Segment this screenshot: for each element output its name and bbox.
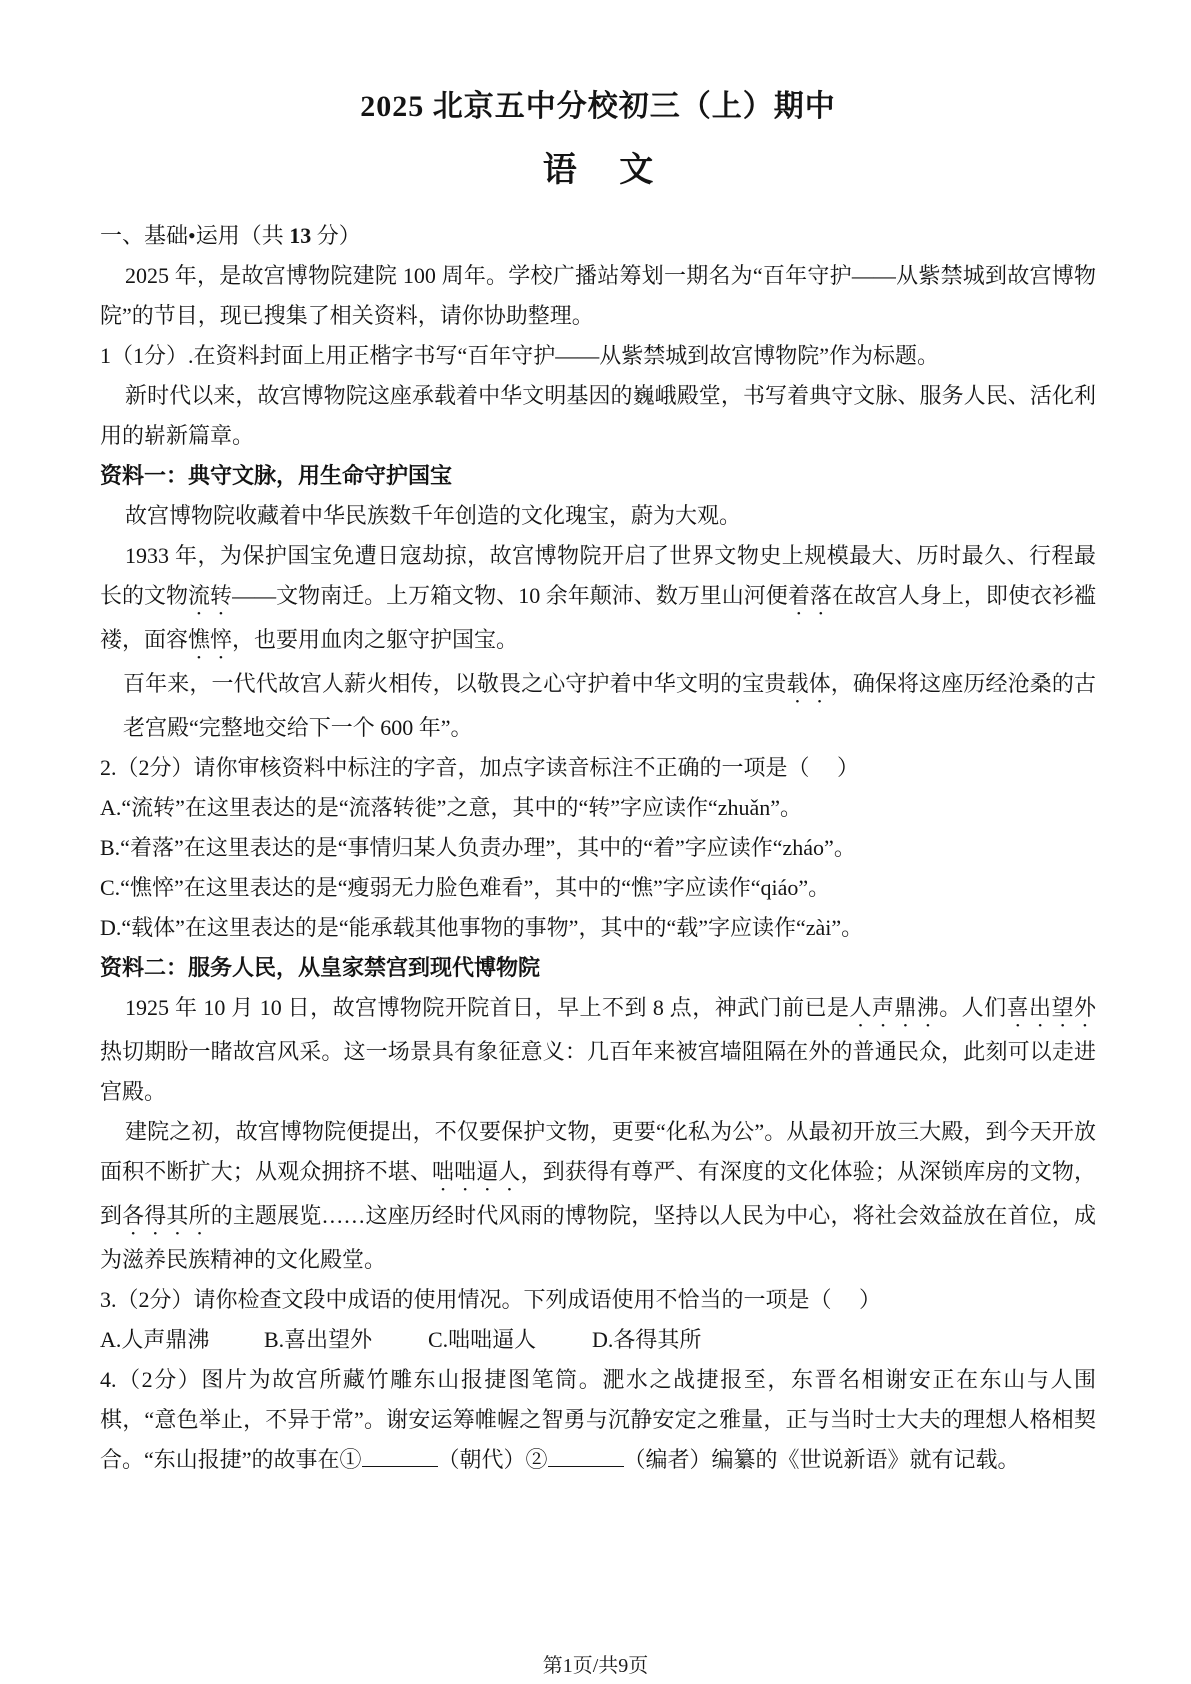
section-heading-prefix: 一、基础•运用（共 bbox=[100, 223, 289, 248]
material-1-para-2: 1933 年，为保护国宝免遭日寇劫掠，故宫博物院开启了世界文物史上规模最大、历时… bbox=[100, 536, 1096, 664]
text-run: （朝代）② bbox=[438, 1447, 548, 1472]
text-run: ，也要用血肉之躯守护国宝。 bbox=[232, 627, 518, 652]
page-title: 2025 北京五中分校初三（上）期中 bbox=[100, 84, 1096, 130]
emphasized-text: 流转 bbox=[188, 583, 232, 608]
exam-page: 2025 北京五中分校初三（上）期中 语 文 一、基础•运用（共 13 分） 2… bbox=[0, 0, 1191, 1684]
emphasized-text: 各得其所 bbox=[122, 1203, 211, 1228]
question-4: 4.（2分）图片为故宫所藏竹雕东山报捷图笔筒。淝水之战捷报至，东晋名相谢安正在东… bbox=[100, 1360, 1096, 1480]
text-run: （编者）编纂的《世说新语》就有记载。 bbox=[624, 1447, 1020, 1472]
page-content: 2025 北京五中分校初三（上）期中 语 文 一、基础•运用（共 13 分） 2… bbox=[100, 84, 1096, 1480]
question-2-option-c: C.“憔悴”在这里表达的是“瘦弱无力脸色难看”，其中的“憔”字应读作“qiáo”… bbox=[100, 868, 1096, 908]
text-run: 资料一：典守文脉，用生命守护国宝 bbox=[100, 463, 452, 488]
material-2-para-1: 1925 年 10 月 10 日，故宫博物院开院首日，早上不到 8 点，神武门前… bbox=[100, 988, 1096, 1112]
question-2-option-a: A.“流转”在这里表达的是“流落转徙”之意，其中的“转”字应读作“zhuǎn”。 bbox=[100, 788, 1096, 828]
section-heading: 一、基础•运用（共 13 分） bbox=[100, 216, 1096, 256]
emphasized-text: 咄咄逼人 bbox=[432, 1159, 521, 1184]
text-run: 2025 年，是故宫博物院建院 100 周年。学校广播站筹划一期名为“百年守护—… bbox=[100, 263, 1096, 328]
section-points: 13 bbox=[289, 223, 311, 248]
text-run: 新时代以来，故宫博物院这座承载着中华文明基因的巍峨殿堂，书写着典守文脉、服务人民… bbox=[100, 383, 1096, 448]
option-item: C.咄咄逼人 bbox=[428, 1320, 592, 1360]
material-1-header: 资料一：典守文脉，用生命守护国宝 bbox=[100, 456, 1096, 496]
question-3: 3.（2分）请你检查文段中成语的使用情况。下列成语使用不恰当的一项是（ ） bbox=[100, 1280, 1096, 1320]
question-3-options: A.人声鼎沸B.喜出望外C.咄咄逼人D.各得其所 bbox=[100, 1320, 1096, 1360]
material-2-para-2: 建院之初，故宫博物院便提出，不仅要保护文物，更要“化私为公”。从最初开放三大殿，… bbox=[100, 1112, 1096, 1280]
material-2-header: 资料二：服务人民，从皇家禁宫到现代博物院 bbox=[100, 948, 1096, 988]
page-footer: 第1页/共9页 bbox=[0, 1655, 1191, 1677]
question-1: 1（1分）.在资料封面上用正楷字书写“百年守护——从紫禁城到故宫博物院”作为标题… bbox=[100, 336, 1096, 376]
question-2-option-b: B.“着落”在这里表达的是“事情归某人负责办理”，其中的“着”字应读作“zháo… bbox=[100, 828, 1096, 868]
option-item: A.人声鼎沸 bbox=[100, 1320, 264, 1360]
emphasized-text: 人声鼎沸 bbox=[849, 995, 939, 1020]
answer-blank bbox=[362, 1444, 438, 1467]
emphasized-text: 着落 bbox=[788, 583, 832, 608]
option-item: B.喜出望外 bbox=[264, 1320, 428, 1360]
text-run: 。人们 bbox=[939, 995, 1006, 1020]
question-2: 2.（2分）请你审核资料中标注的字音，加点字读音标注不正确的一项是（ ） bbox=[100, 748, 1096, 788]
text-run: C.“憔悴”在这里表达的是“瘦弱无力脸色难看”，其中的“憔”字应读作“qiáo”… bbox=[100, 875, 830, 900]
intro-paragraph: 2025 年，是故宫博物院建院 100 周年。学校广播站筹划一期名为“百年守护—… bbox=[100, 256, 1096, 336]
document-body: 2025 年，是故宫博物院建院 100 周年。学校广播站筹划一期名为“百年守护—… bbox=[100, 256, 1096, 1480]
material-1-para-1: 故宫博物院收藏着中华民族数千年创造的文化瑰宝，蔚为大观。 bbox=[100, 496, 1096, 536]
option-item: D.各得其所 bbox=[592, 1320, 756, 1360]
emphasized-text: 憔悴 bbox=[188, 627, 232, 652]
emphasized-text: 载体 bbox=[786, 671, 830, 696]
text-run: 3.（2分）请你检查文段中成语的使用情况。下列成语使用不恰当的一项是（ ） bbox=[100, 1287, 881, 1312]
text-run: B.“着落”在这里表达的是“事情归某人负责办理”，其中的“着”字应读作“zháo… bbox=[100, 835, 856, 860]
text-run: D.“载体”在这里表达的是“能承载其他事物的事物”，其中的“载”字应读作“zài… bbox=[100, 915, 863, 940]
text-run: 资料二：服务人民，从皇家禁宫到现代博物院 bbox=[100, 955, 540, 980]
text-run: 故宫博物院收藏着中华民族数千年创造的文化瑰宝，蔚为大观。 bbox=[125, 503, 741, 528]
text-run: 2.（2分）请你审核资料中标注的字音，加点字读音标注不正确的一项是（ ） bbox=[100, 755, 859, 780]
material-1-para-3: 百年来，一代代故宫人薪火相传，以敬畏之心守护着中华文明的宝贵载体，确保将这座历经… bbox=[123, 664, 1096, 748]
emphasized-text: 喜出望外 bbox=[1007, 995, 1096, 1020]
text-run: A.“流转”在这里表达的是“流落转徙”之意，其中的“转”字应读作“zhuǎn”。 bbox=[100, 795, 802, 820]
text-run: 热切期盼一睹故宫风采。这一场景具有象征意义：几百年来被宫墙阻隔在外的普通民众，此… bbox=[100, 1039, 1096, 1104]
text-run: 的主题展览……这座历经时代风雨的博物院，坚持以人民为中心，将社会效益放在首位，成… bbox=[100, 1203, 1096, 1272]
question-2-option-d: D.“载体”在这里表达的是“能承载其他事物的事物”，其中的“载”字应读作“zài… bbox=[100, 908, 1096, 948]
answer-blank bbox=[548, 1444, 624, 1467]
section-heading-suffix: 分） bbox=[311, 223, 361, 248]
text-run: ——文物南迁。上万箱文物、10 余年颠沛、数万里山河便 bbox=[232, 583, 788, 608]
text-run: 1925 年 10 月 10 日，故宫博物院开院首日，早上不到 8 点，神武门前… bbox=[125, 995, 849, 1020]
intro-paragraph-2: 新时代以来，故宫博物院这座承载着中华文明基因的巍峨殿堂，书写着典守文脉、服务人民… bbox=[100, 376, 1096, 456]
subject-title: 语 文 bbox=[100, 146, 1096, 196]
text-run: 百年来，一代代故宫人薪火相传，以敬畏之心守护着中华文明的宝贵 bbox=[123, 671, 786, 696]
text-run: 1（1分）.在资料封面上用正楷字书写“百年守护——从紫禁城到故宫博物院”作为标题… bbox=[100, 343, 939, 368]
